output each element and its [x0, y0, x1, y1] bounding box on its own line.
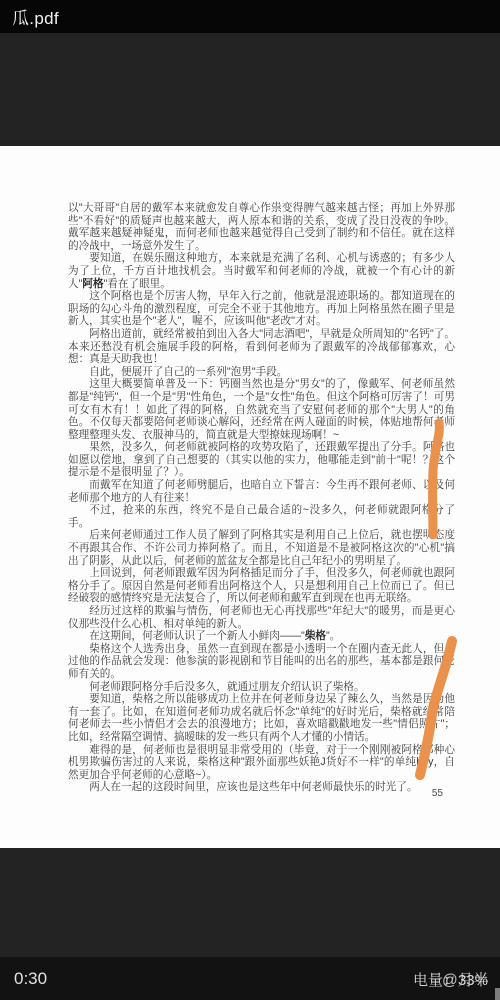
paragraph: 自此，便展开了自己的一系列"泡男"手段。	[68, 366, 455, 379]
player-bottom-bar[interactable]: 0:30 电量：33% @月半	[0, 957, 500, 1000]
paragraph: 果然，没多久，何老师就被阿格的攻势攻陷了，还跟戴军提出了分手。阿格也如愿以偿地，…	[68, 441, 455, 479]
paragraph: 在这期间，何老师认识了一个新人小鲜肉——"柴格"。	[68, 630, 455, 643]
paragraph: 何老师跟阿格分手后没多久，就通过朋友介绍认识了柴格。	[68, 681, 455, 694]
pdf-viewer-topbar[interactable]: 瓜.pdf	[0, 0, 500, 33]
pdf-title: 瓜.pdf	[0, 4, 59, 29]
paragraph: 这个阿格也是个厉害人物，早年入行之前，他就是混迹职场的。都知道现在的职场的勾心斗…	[68, 290, 455, 328]
scroll-indicator	[495, 988, 500, 1000]
battery-watermark-group: 电量：33% @月半	[413, 969, 488, 989]
paragraph: 这里大概要简单普及一下：钙圈当然也是分"男女"的了，像戴军、何老师虽然都是"纯钙…	[68, 378, 455, 441]
paragraph: 柴格这个人选秀出身，虽然一直到现在都是小透明一个在圈内查无此人，但看过他的作品就…	[68, 643, 455, 681]
page-number: 55	[432, 788, 443, 799]
paragraph: 经历过这样的欺骗与情伤，何老师也无心再找那些"年纪大"的暖男，而是更心仪那些没什…	[68, 605, 455, 630]
page-text: 以"大哥哥"自居的戴军本来就愈发自尊心作祟变得脾气越来越古怪；再加上外界那些"不…	[68, 202, 455, 794]
paragraph: 不过，抢来的东西，终究不是自己最合适的~没多久，何老师就跟阿格分了手。	[68, 504, 455, 529]
pdf-page: 以"大哥哥"自居的戴军本来就愈发自尊心作祟变得脾气越来越古怪；再加上外界那些"不…	[0, 146, 500, 848]
paragraph: 而戴军在知道了何老师劈腿后，也暗自立下誓言：今生再不跟何老师、以及何老师那个地方…	[68, 479, 455, 504]
watermark-handle: @月半	[442, 968, 489, 990]
paragraph: 上回说到，何老师跟戴军因为阿格插足而分了手，但没多久，何老师就也跟阿格分手了。原…	[68, 567, 455, 605]
paragraph: 要知道，在娱乐圈这种地方，本来就是充满了名利、心机与诱惑的；有多少人为了上位，千…	[68, 252, 455, 290]
playback-time: 0:30	[0, 969, 47, 989]
paragraph: 难得的是，何老师也是很明显非常受用的（毕竟，对于一个刚刚被阿格那种心机男欺骗伤害…	[68, 744, 455, 782]
paragraph: 后来何老师通过工作人员了解到了阿格其实是利用自己上位后，就也摆明态度不再跟其合作…	[68, 529, 455, 567]
paragraph: 以"大哥哥"自居的戴军本来就愈发自尊心作祟变得脾气越来越古怪；再加上外界那些"不…	[68, 202, 455, 252]
paragraph: 两人在一起的这段时间里，应该也是这些年中何老师最快乐的时光了。	[68, 781, 455, 794]
pdf-viewer-canvas[interactable]: 以"大哥哥"自居的戴军本来就愈发自尊心作祟变得脾气越来越古怪；再加上外界那些"不…	[0, 33, 500, 957]
paragraph: 阿格出道前，就经常被拍到出入各大"同志酒吧"，早就是众所周知的"名钙"了。本来还…	[68, 328, 455, 366]
screen: 瓜.pdf 以"大哥哥"自居的戴军本来就愈发自尊心作祟变得脾气越来越古怪；再加上…	[0, 0, 500, 1000]
paragraph: 要知道，柴格之所以能够成功上位并在何老师身边呆了辣么久，当然是因为他有一套了。比…	[68, 693, 455, 743]
